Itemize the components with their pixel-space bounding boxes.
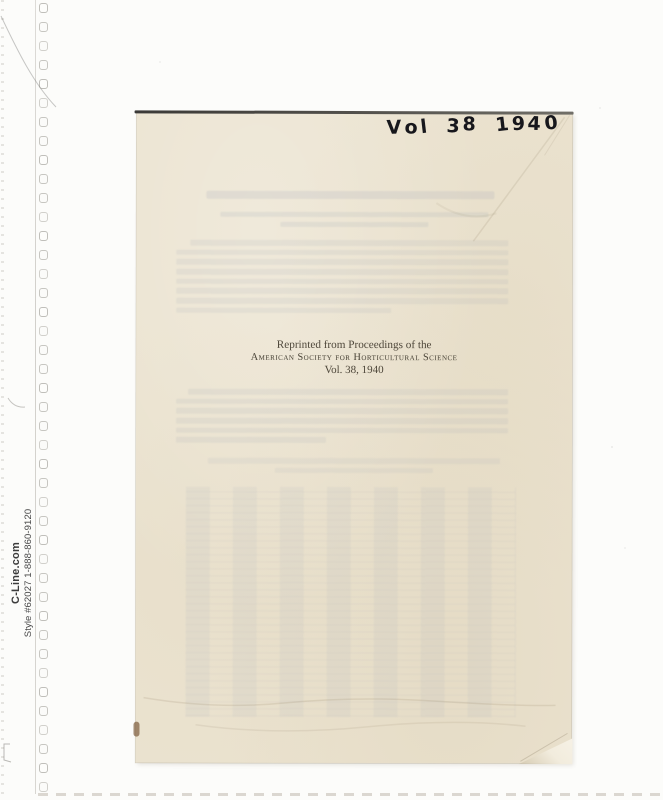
ghost-line xyxy=(176,437,326,443)
binder-hole xyxy=(39,421,48,431)
ghost-line xyxy=(176,308,391,314)
binder-hole xyxy=(39,687,48,697)
folded-corner xyxy=(518,738,572,764)
paper-creases xyxy=(135,113,572,764)
ghost-line xyxy=(220,212,488,217)
binder-hole xyxy=(39,554,48,564)
binder-hole xyxy=(39,763,48,773)
ghost-line xyxy=(176,298,508,304)
binder-hole xyxy=(39,364,48,374)
reprint-cover-paper: Vol 38 1940 Reprinted from Proceedings o… xyxy=(135,113,572,764)
handwritten-volume-note: Vol 38 1940 xyxy=(386,112,567,139)
reprint-notice-line3: Vol. 38, 1940 xyxy=(136,364,572,377)
binder-holes-column xyxy=(39,3,50,800)
binder-hole xyxy=(39,193,48,203)
ghost-caption-showthrough xyxy=(136,458,572,474)
binder-hole xyxy=(39,782,48,792)
ghost-line xyxy=(176,249,508,255)
binder-hole xyxy=(39,136,48,146)
ghost-line xyxy=(188,389,508,395)
ghost-table-showthrough xyxy=(186,487,516,718)
binder-hole xyxy=(39,630,48,640)
protector-binding-edge-line xyxy=(35,0,36,794)
binder-hole xyxy=(39,668,48,678)
brand-style-number: Style #62027 1-888-860-9120 xyxy=(23,509,34,637)
reprint-notice-line1: Reprinted from Proceedings of the xyxy=(136,339,572,352)
binder-hole xyxy=(39,117,48,127)
binder-hole xyxy=(39,459,48,469)
ghost-line xyxy=(176,427,508,433)
reprint-notice: Reprinted from Proceedings of the Americ… xyxy=(136,339,572,377)
brand-name: C-Line.com xyxy=(10,542,22,604)
binder-hole xyxy=(39,744,48,754)
binder-hole xyxy=(39,402,48,412)
ghost-line xyxy=(275,468,433,474)
ghost-line xyxy=(176,259,508,265)
ghost-line xyxy=(176,418,508,424)
paper-stain xyxy=(133,722,139,737)
binder-hole xyxy=(39,649,48,659)
ghost-paragraph2-showthrough xyxy=(176,389,508,444)
protector-bottom-seam xyxy=(38,793,663,796)
binder-hole xyxy=(39,231,48,241)
binder-hole xyxy=(39,174,48,184)
ghost-line xyxy=(176,288,508,294)
binder-hole xyxy=(39,269,48,279)
ghost-title-showthrough xyxy=(206,191,494,200)
binder-hole xyxy=(39,22,48,32)
binder-hole xyxy=(39,79,48,89)
reprint-notice-line2: American Society for Horticultural Scien… xyxy=(136,351,572,364)
binder-hole xyxy=(39,706,48,716)
binder-hole xyxy=(39,535,48,545)
binder-hole xyxy=(39,592,48,602)
protector-left-edge-dots xyxy=(1,0,4,796)
binder-hole xyxy=(39,98,48,108)
binder-hole xyxy=(39,573,48,583)
binder-hole xyxy=(39,155,48,165)
binder-hole xyxy=(39,440,48,450)
ghost-line xyxy=(208,458,500,464)
ghost-byline-showthrough xyxy=(136,212,572,228)
binder-hole xyxy=(39,345,48,355)
binder-hole xyxy=(39,60,48,70)
binder-hole xyxy=(39,41,48,51)
binder-hole xyxy=(39,288,48,298)
binder-hole xyxy=(39,497,48,507)
ghost-line xyxy=(280,222,428,227)
binder-hole xyxy=(39,725,48,735)
ghost-line xyxy=(176,398,508,404)
binder-hole xyxy=(39,250,48,260)
ghost-line xyxy=(176,269,508,275)
ghost-line xyxy=(176,408,508,414)
ghost-paragraph-showthrough xyxy=(176,240,508,314)
binder-hole xyxy=(39,383,48,393)
binder-hole xyxy=(39,212,48,222)
binder-hole xyxy=(39,611,48,621)
binder-hole xyxy=(39,326,48,336)
binder-hole xyxy=(39,478,48,488)
binder-hole xyxy=(39,516,48,526)
scanned-page: C-Line.com Style #62027 1-888-860-9120 xyxy=(0,0,663,800)
ghost-line xyxy=(176,278,508,284)
binder-hole xyxy=(39,307,48,317)
ghost-line xyxy=(190,240,508,246)
binder-hole xyxy=(39,3,48,13)
